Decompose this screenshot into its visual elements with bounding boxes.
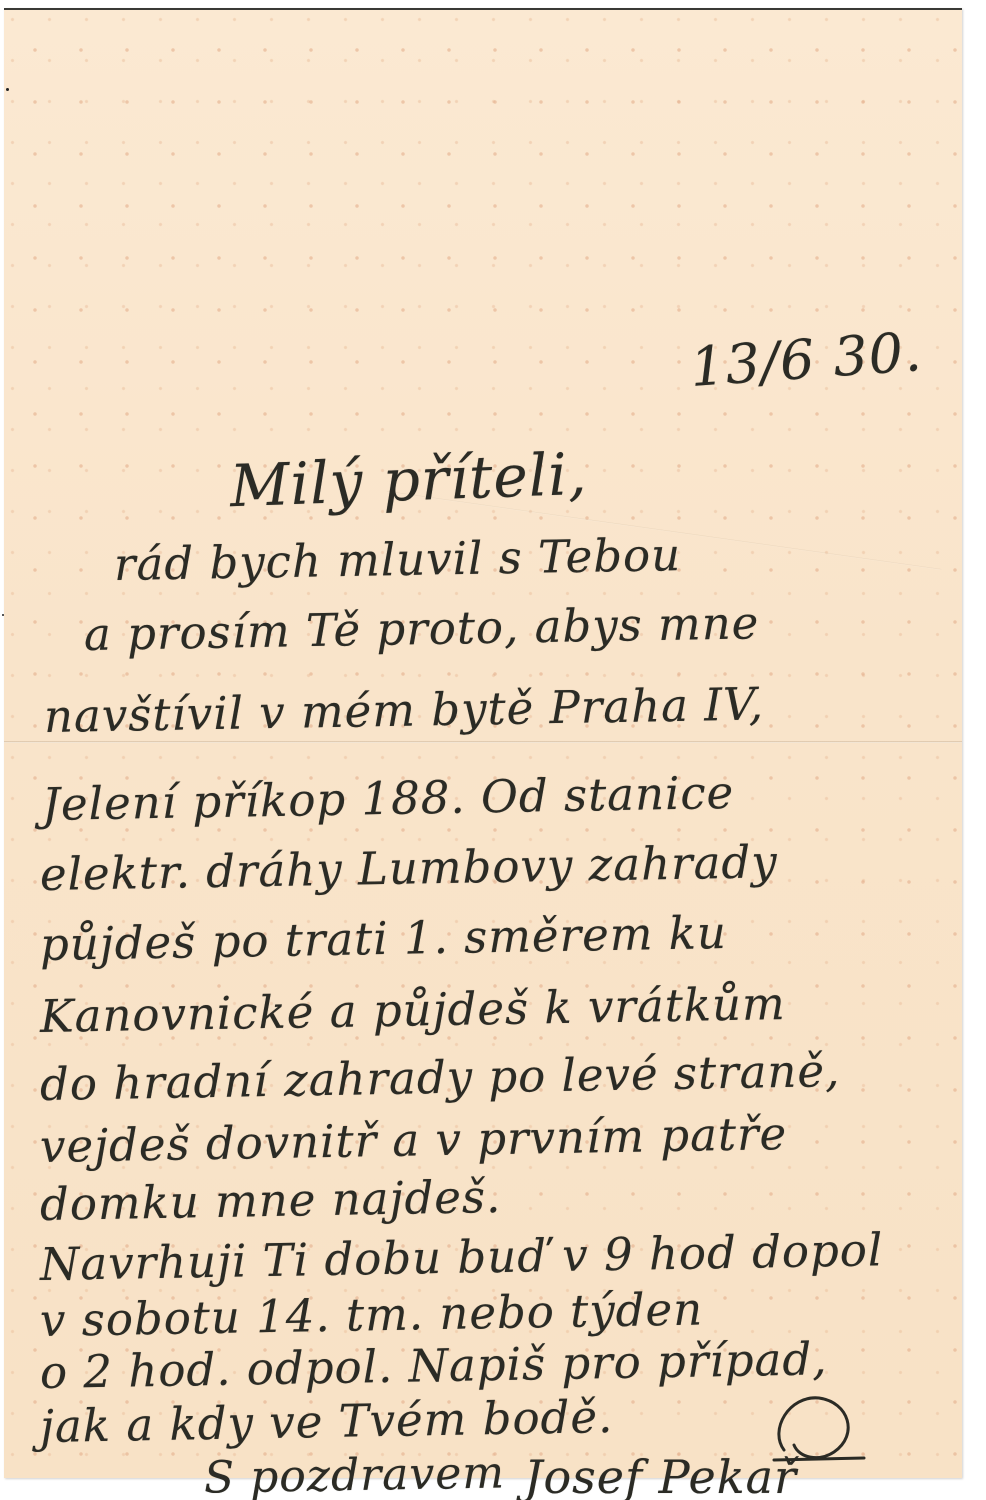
stray-mark [2, 614, 4, 616]
body-line: Navrhuji Ti dobu buď v 9 hod dopol [40, 1223, 884, 1291]
body-line: navštívil v mém bytě Praha IV, [44, 677, 765, 743]
letter-closing: S pozdravem [204, 1447, 506, 1500]
body-line: Kanovnické a půjdeš k vrátkům [40, 977, 787, 1043]
letter-signature: Josef Pekař [524, 1450, 797, 1500]
body-line: Jelení příkop 188. Od stanice [42, 766, 735, 831]
body-line: elektr. dráhy Lumbovy zahrady [40, 835, 779, 901]
body-line: rád bych mluvil s Tebou [114, 528, 682, 591]
signature-flourish-icon [764, 1390, 874, 1485]
body-line: a prosím Tě proto, abys mne [84, 596, 760, 661]
body-line: domku mne najdeš. [40, 1170, 502, 1231]
fold-line [4, 741, 962, 743]
letter-salutation: Milý příteli, [229, 440, 588, 520]
letter-date: 13/6 30. [688, 320, 924, 399]
body-line: půjdeš po trati 1. směrem ku [40, 906, 728, 971]
body-line: vejdeš dovnitř a v prvním patře [40, 1107, 788, 1173]
letter-paper: 13/6 30. Milý příteli, rád bych mluvil s… [4, 8, 962, 1478]
stray-mark [6, 88, 9, 91]
body-line: do hradní zahrady po levé straně, [40, 1044, 841, 1111]
body-line: jak a kdy ve Tvém bodě. [40, 1390, 614, 1453]
